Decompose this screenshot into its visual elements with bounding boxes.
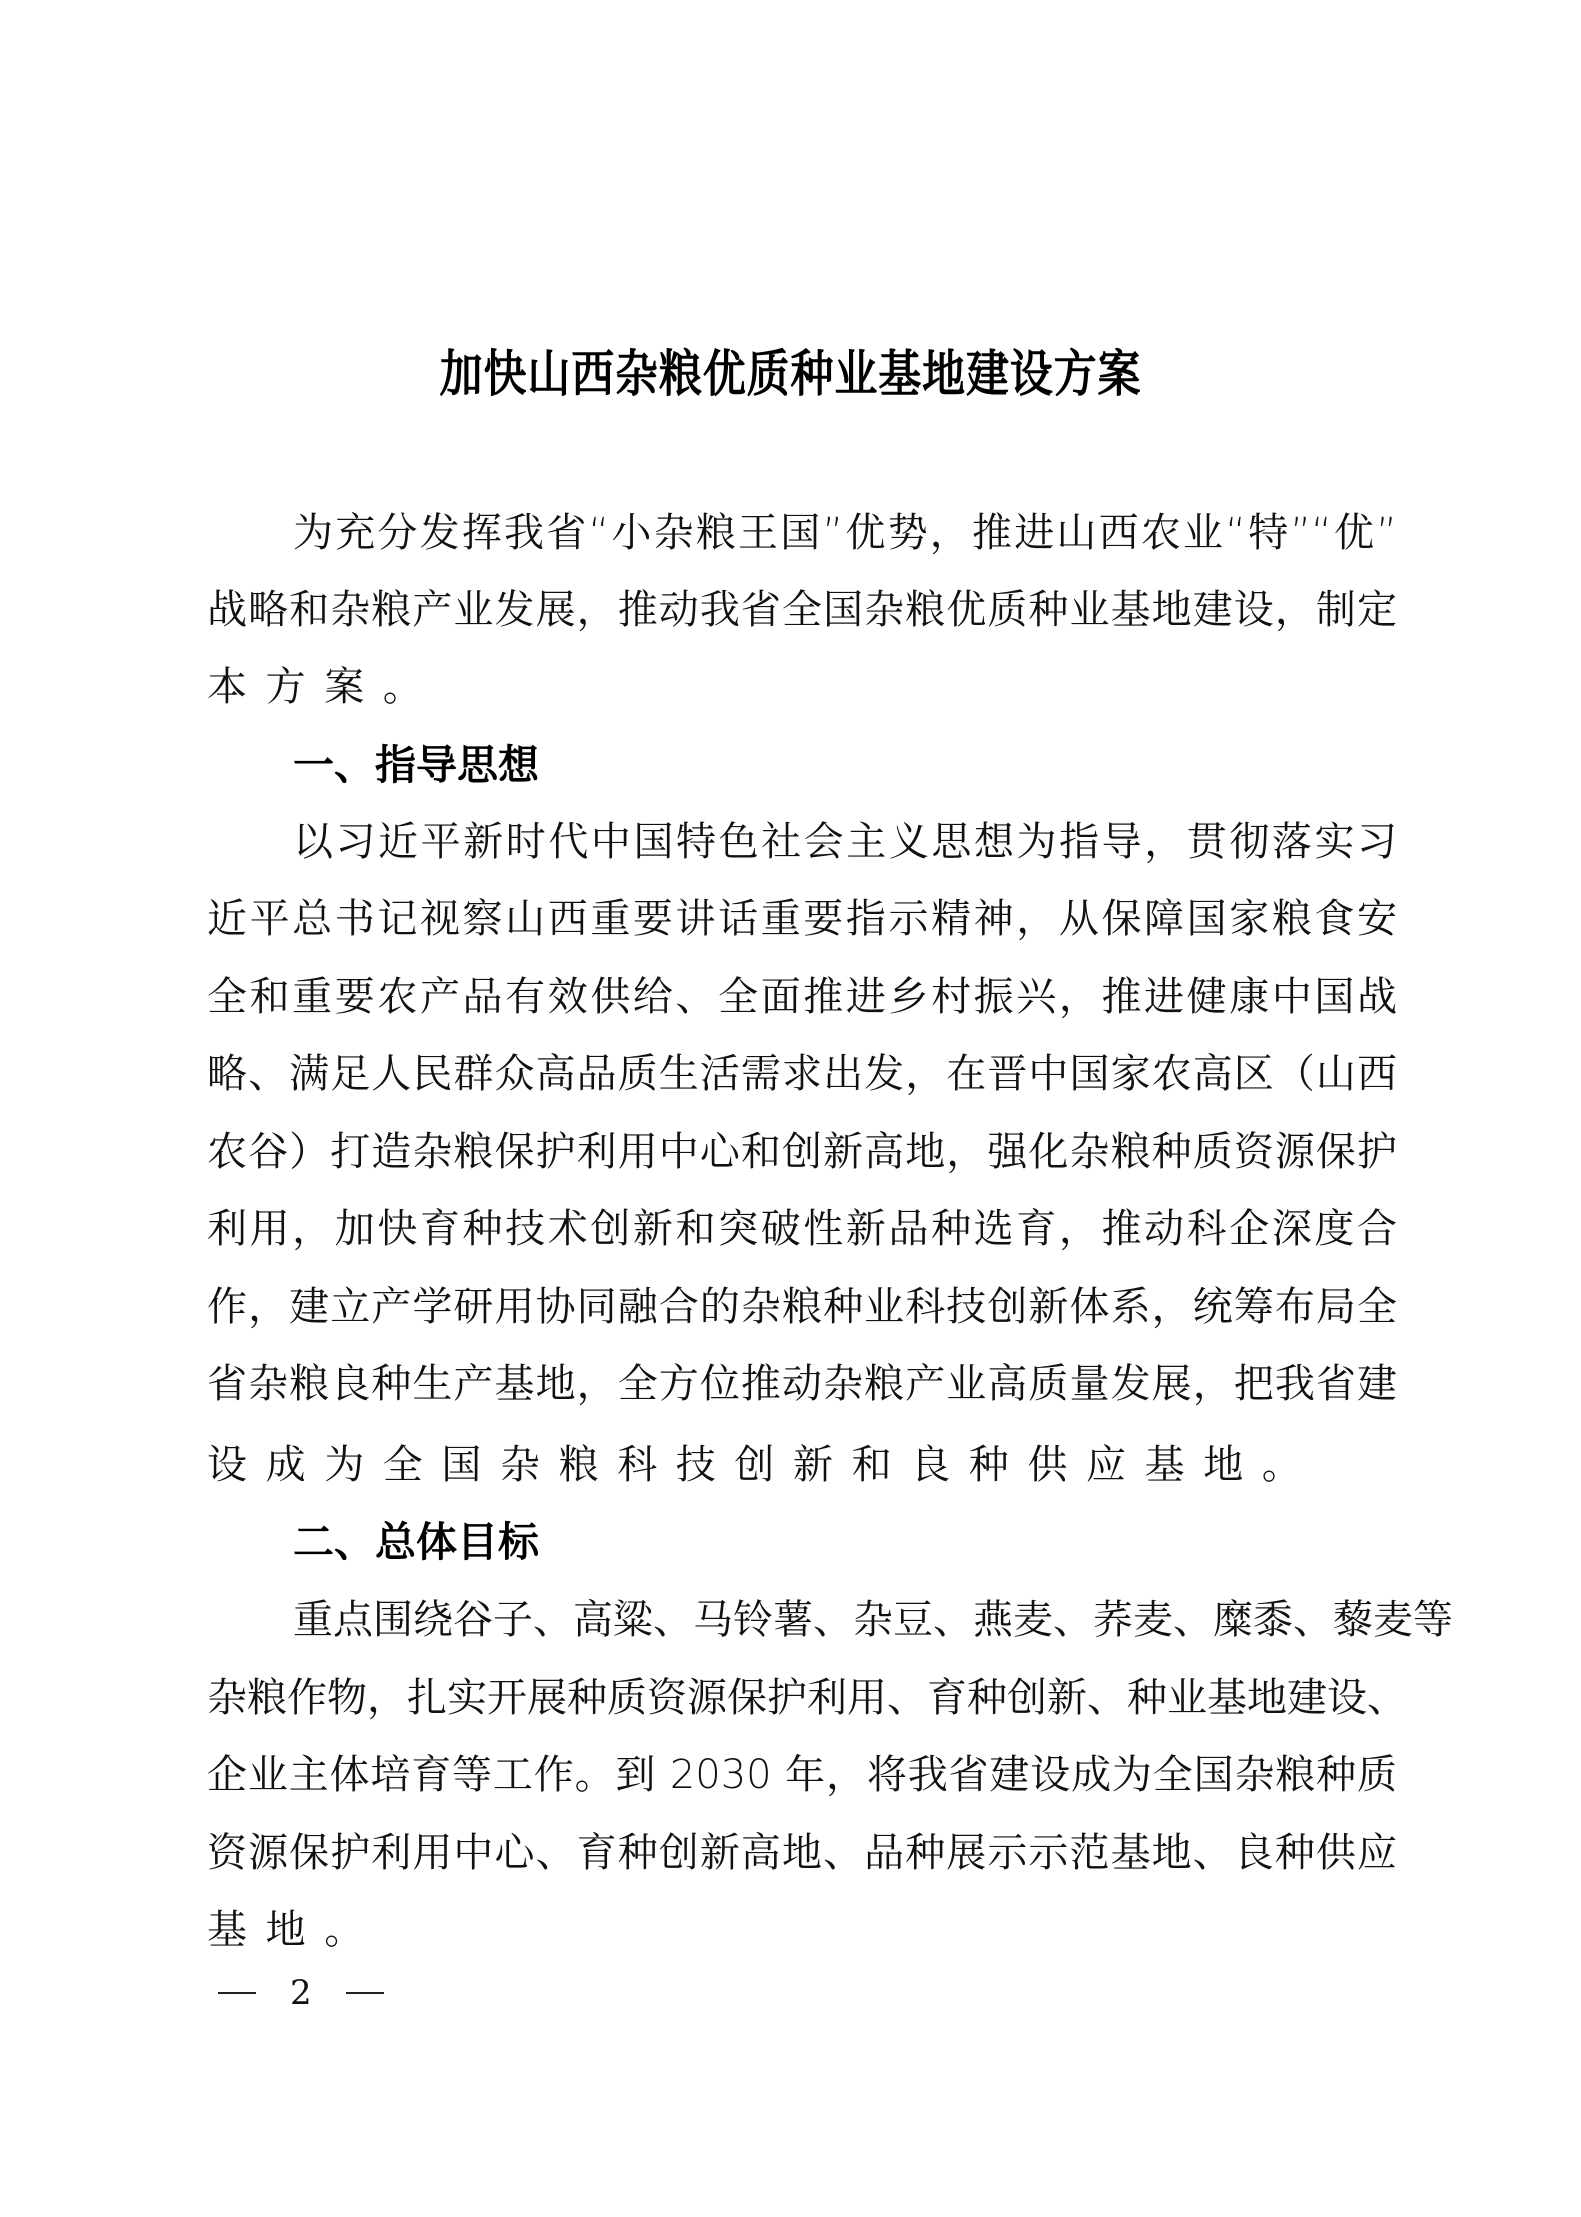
section-2-line-2: 杂粮作物，扎实开展种质资源保护利用、育种创新、种业基地建设、 (207, 1668, 1397, 1728)
section-2-line-1: 重点围绕谷子、高粱、马铃薯、杂豆、燕麦、荞麦、糜黍、藜麦等 (293, 1590, 1397, 1650)
intro-line-1: 为充分发挥我省“小杂粮王国”优势，推进山西农业“特”“优” (293, 503, 1397, 563)
page-number-left-dash (218, 1992, 256, 1994)
section-2-line-3: 企业主体培育等工作。到 2030 年，将我省建设成为全国杂粮种质 (207, 1745, 1397, 1805)
document-title: 加快山西杂粮优质种业基地建设方案 (111, 344, 1471, 404)
section-1-line-2: 近平总书记视察山西重要讲话重要指示精神，从保障国家粮食安 (207, 889, 1397, 949)
section-2-line-5: 基地。 (207, 1900, 383, 1960)
section-2-line-4: 资源保护利用中心、育种创新高地、品种展示示范基地、良种供应 (207, 1823, 1397, 1883)
section-1-line-1: 以习近平新时代中国特色社会主义思想为指导，贯彻落实习 (293, 812, 1397, 872)
section-1-line-7: 作，建立产学研用协同融合的杂粮种业科技创新体系，统筹布局全 (207, 1277, 1397, 1337)
section-1-line-8: 省杂粮良种生产基地，全方位推动杂粮产业高质量发展，把我省建 (207, 1354, 1397, 1414)
section-heading-guiding-thought: 一、指导思想 (293, 735, 539, 795)
page-number-value: 2 (290, 1968, 312, 2018)
section-1-line-9: 设成为全国杂粮科技创新和良种供应基地。 (207, 1435, 1320, 1495)
intro-line-3: 本方案。 (207, 657, 441, 717)
page-number: 2 (218, 1968, 384, 2018)
intro-line-2: 战略和杂粮产业发展，推动我省全国杂粮优质种业基地建设，制定 (207, 580, 1397, 640)
section-heading-overall-goal: 二、总体目标 (293, 1512, 539, 1572)
section-1-line-3: 全和重要农产品有效供给、全面推进乡村振兴，推进健康中国战 (207, 967, 1397, 1027)
section-1-line-6: 利用，加快育种技术创新和突破性新品种选育，推动科企深度合 (207, 1199, 1397, 1259)
document-page: 加快山西杂粮优质种业基地建设方案 为充分发挥我省“小杂粮王国”优势，推进山西农业… (0, 0, 1581, 2217)
page-number-right-dash (346, 1992, 384, 1994)
section-1-line-5: 农谷）打造杂粮保护利用中心和创新高地，强化杂粮种质资源保护 (207, 1122, 1397, 1182)
section-1-line-4: 略、满足人民群众高品质生活需求出发，在晋中国家农高区（山西 (207, 1044, 1397, 1104)
